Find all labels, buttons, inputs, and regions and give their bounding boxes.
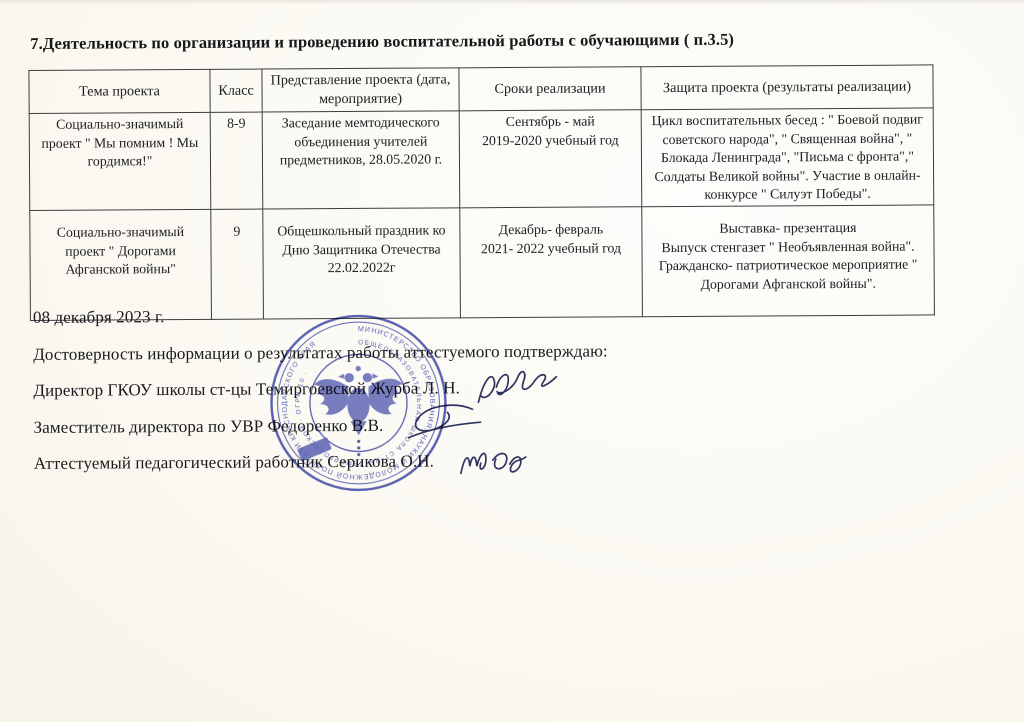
cell-defense: Цикл воспитательных бесед : " Боевой под…: [641, 108, 934, 207]
cell-presentation: Заседание мемтодического объединения учи…: [262, 111, 460, 210]
table-header-row: Тема проекта Класс Представление проекта…: [29, 65, 933, 114]
projects-table: Тема проекта Класс Представление проекта…: [28, 64, 935, 321]
table-row: Социально-значимый проект " Мы помним ! …: [29, 108, 934, 211]
section-title: 7.Деятельность по организации и проведен…: [30, 28, 950, 54]
cell-theme: Социально-значимый проект " Дорогами Афг…: [30, 210, 212, 321]
document-date: 08 декабря 2023 г.: [33, 304, 673, 328]
col-header-presentation: Представление проекта (дата, мероприятие…: [262, 68, 459, 112]
signatory-teacher-line: Аттестуемый педагогический работник Сери…: [34, 450, 674, 474]
cell-defense: Выставка- презентация Выпуск стенгазет "…: [642, 205, 935, 317]
cell-timeline: Сентябрь - май 2019-2020 учебный год: [459, 110, 642, 209]
document-footer: 08 декабря 2023 г. Достоверность информа…: [33, 304, 674, 490]
cell-timeline: Декабрь- февраль 2021- 2022 учебный год: [460, 207, 643, 318]
table-row: Социально-значимый проект " Дорогами Афг…: [30, 205, 935, 321]
col-header-project-theme: Тема проекта: [29, 69, 210, 113]
col-header-defense: Защита проекта (результаты реализации): [641, 65, 933, 110]
scanned-document-page: 7.Деятельность по организации и проведен…: [0, 0, 1024, 722]
cell-class: 8-9: [210, 112, 263, 210]
cell-theme: Социально-значимый проект " Мы помним ! …: [29, 112, 211, 211]
col-header-class: Класс: [210, 69, 262, 112]
signatory-deputy-line: Заместитель директора по УВР Федоренко В…: [34, 414, 674, 438]
confirmation-text: Достоверность информации о результатах р…: [33, 341, 673, 365]
col-header-timeline: Сроки реализации: [459, 67, 641, 111]
signatory-director-line: Директор ГКОУ школы ст-цы Темиргоевской …: [33, 377, 673, 401]
cell-presentation: Общешкольный праздник ко Дню Защитника О…: [263, 208, 461, 319]
cell-class: 9: [211, 210, 264, 320]
document-content: 7.Деятельность по организации и проведен…: [0, 0, 1024, 722]
